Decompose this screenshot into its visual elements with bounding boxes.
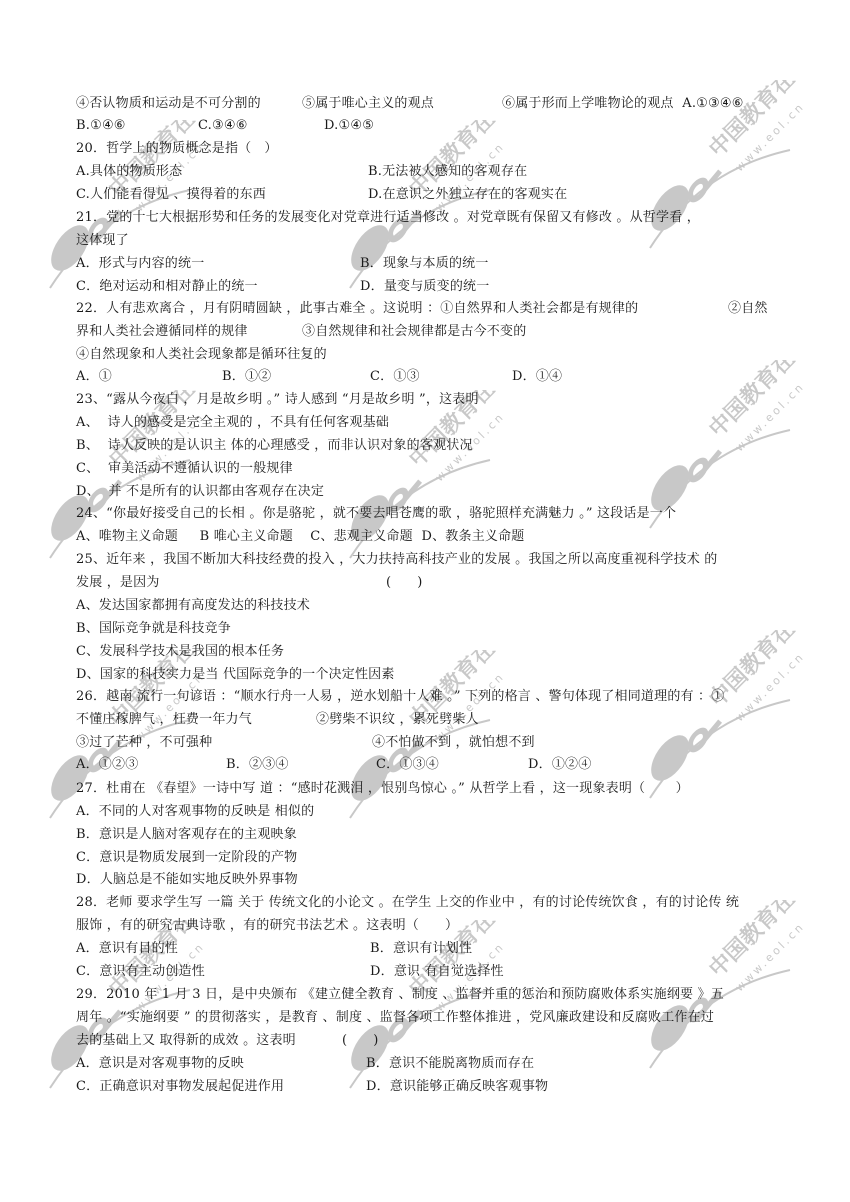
text-segment: ( )	[342, 1030, 379, 1052]
text-line: D、 并 不是所有的认识都由客观存在决定	[76, 481, 324, 503]
text-line: C、发展科学技术是我国的根本任务	[76, 641, 284, 663]
text-line: ③过了芒种 ，不可强种	[76, 732, 212, 754]
svg-text:www.eol.cn: www.eol.cn	[733, 649, 808, 724]
text-line: 去的基础上又 取得新的成效 。这表明	[76, 1030, 296, 1052]
text-segment: D．①②④	[528, 754, 591, 776]
text-line: A．①	[76, 366, 112, 388]
text-line: 22．人有悲欢离合 ，月有阴晴圆缺 ，此事古难全 。这说明 ：①自然界和人类社会…	[76, 298, 638, 320]
text-line: 界和人类社会遵循同样的规律	[76, 321, 248, 343]
text-line: 这体现了	[76, 230, 129, 252]
text-segment: D.①④⑤	[324, 115, 374, 137]
text-line: A、唯物主义命题 B 唯心主义命题 C、悲观主义命题 D、教条主义命题	[76, 526, 525, 548]
text-line: A．形式与内容的统一	[76, 253, 204, 275]
text-line: 周年 。“实施纲要 ” 的贯彻落实 ，是教育 、制度 、监督各项工作整体推进 ，…	[76, 1007, 714, 1029]
text-segment: ⑤属于唯心主义的观点	[302, 93, 434, 115]
text-line: 27．杜甫在 《春望》一诗中写 道 ：“感时花溅泪 ，恨别鸟惊心 。” 从哲学上…	[76, 778, 689, 800]
text-line: 28．老师 要求学生写 一篇 关于 传统文化的小论文 。在学生 上交的作业中 ，…	[76, 892, 739, 914]
text-line: 服饰 ，有的研究古典诗歌 ，有的研究书法艺术 。这表明（ ）	[76, 915, 458, 937]
text-line: D、国家的科技实力是当 代国际竞争的一个决定性因素	[76, 664, 395, 686]
text-line: C．意识有主动创造性	[76, 961, 205, 983]
text-line: C、 审美活动不遵循认识的一般规律	[76, 458, 293, 480]
text-line: 23、“露从今夜白 ，月是故乡明 。” 诗人感到 “月是故乡明 ”，这表明	[76, 389, 479, 411]
svg-text:www.eol.cn: www.eol.cn	[733, 379, 808, 454]
text-line: B、 诗人反映的是认识主 体的心理感受 ，而非认识对象的客观状况	[76, 435, 473, 457]
text-line: D．人脑总是不能如实地反映外界事物	[76, 869, 298, 891]
text-line: 24、“你最好接受自己的长相 。你是骆驼 ，就不要去唱苍鹰的歌 ，骆驼照样充满魅…	[76, 503, 676, 525]
text-line: A．意识有目的性	[76, 938, 178, 960]
text-line: C.人们能看得见 、摸得着的东西	[76, 184, 266, 206]
text-segment: ④不怕做不到 ，就怕想不到	[372, 732, 535, 754]
text-segment: C．①③	[370, 366, 420, 388]
text-line: ④否认物质和运动是不可分割的	[76, 93, 261, 115]
text-segment: D．①④	[512, 366, 562, 388]
text-segment: C.③④⑥	[198, 115, 248, 137]
exam-page: 中国教育在线www.eol.cn中国教育在线www.eol.cn中国教育在线ww…	[0, 0, 850, 1202]
text-segment: D.在意识之外独立存在的客观实在	[368, 184, 567, 206]
text-line: 21．党的十七大根据形势和任务的发展变化对党章进行适当修改 。对党章既有保留又有…	[76, 207, 700, 229]
text-segment: C．①③④	[376, 754, 439, 776]
text-line: A.具体的物质形态	[76, 161, 182, 183]
text-segment: ②劈柴不识纹 ，累死劈柴人	[316, 709, 479, 731]
text-line: 发展 ，是因为	[76, 572, 160, 594]
text-line: A．不同的人对客观事物的反映是 相似的	[76, 801, 314, 823]
text-segment: B．意识不能脱离物质而存在	[366, 1053, 534, 1075]
text-line: 20．哲学上的物质概念是指（ ）	[76, 138, 278, 160]
text-line: B、国际竞争就是科技竞争	[76, 618, 231, 640]
text-line: 25、近年来 ，我国不断加大科技经费的投入 ，大力扶持高科技产业的发展 。我国之…	[76, 549, 717, 571]
text-segment: B．意识有计划性	[370, 938, 472, 960]
svg-text:www.eol.cn: www.eol.cn	[733, 919, 808, 994]
text-segment: B．现象与本质的统一	[360, 253, 489, 275]
text-line: A、发达国家都拥有高度发达的科技技术	[76, 595, 310, 617]
text-segment: ( )	[386, 572, 423, 594]
text-line: 不懂庄稼脾气 ，枉费一年力气	[76, 709, 252, 731]
text-line: 26．越南 流行一句谚语 ：“顺水行舟一人易 ，逆水划船十人难 。” 下列的格言…	[76, 686, 724, 708]
text-line: A、 诗人的感受是完全主观的 ，不具有任何客观基础	[76, 412, 389, 434]
text-line: A．意识是对客观事物的反映	[76, 1053, 244, 1075]
text-segment: D．量变与质变的统一	[360, 276, 489, 298]
svg-text:中国教育在线: 中国教育在线	[704, 360, 816, 442]
text-segment: ⑥属于形而上学唯物论的观点 A.①③④⑥	[502, 93, 744, 115]
text-line: C．绝对运动和相对静止的统一	[76, 276, 258, 298]
text-segment: B.无法被人感知的客观存在	[368, 161, 527, 183]
text-segment: ②自然	[728, 298, 768, 320]
svg-text:www.eol.cn: www.eol.cn	[733, 99, 808, 174]
text-line: ④自然现象和人类社会现象都是循环往复的	[76, 344, 327, 366]
text-segment: D．意识能够正确反映客观事物	[366, 1076, 548, 1098]
text-line: 29．2010 年 1 月 3 日，是中央颁布 《建立健全教育 、制度 、监督并…	[76, 984, 724, 1006]
text-line: B．意识是人脑对客观存在的主观映象	[76, 824, 297, 846]
text-line: A．①②③	[76, 754, 138, 776]
text-segment: D．意识 有自觉选择性	[370, 961, 504, 983]
text-segment: ③自然规律和社会规律都是古今不变的	[302, 321, 526, 343]
text-line: B.①④⑥	[76, 115, 126, 137]
text-segment: B．②③④	[226, 754, 289, 776]
text-line: C．意识是物质发展到一定阶段的产物	[76, 847, 297, 869]
text-line: C．正确意识对事物发展起促进作用	[76, 1076, 284, 1098]
text-segment: B．①②	[222, 366, 271, 388]
